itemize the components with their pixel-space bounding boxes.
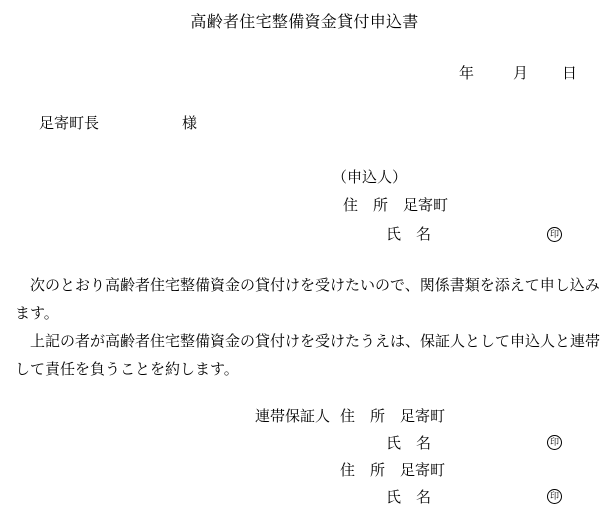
applicant-seal-icon: 印 <box>547 227 562 242</box>
paragraph-line: ます。 <box>15 305 59 323</box>
guarantor-name-line-2: 氏 名 <box>386 489 431 507</box>
guarantor-seal-icon-1: 印 <box>547 435 562 450</box>
date-year-label: 年 <box>459 65 474 83</box>
date-month-label: 月 <box>513 65 528 83</box>
paragraph-line: 上記の者が高齢者住宅整備資金の貸付けを受けたうえは、保証人として申込人と連帯 <box>15 333 600 351</box>
guarantor-name-line-1: 氏 名 <box>386 435 431 453</box>
seal-character: 印 <box>550 438 559 447</box>
applicant-address-line: 住 所 足寄町 <box>343 197 448 215</box>
seal-character: 印 <box>550 492 559 501</box>
paragraph-line: して責任を負うことを約します。 <box>15 361 239 379</box>
applicant-name-line: 氏 名 <box>386 226 431 244</box>
applicant-heading: （申込人） <box>332 169 407 187</box>
guarantor-address-line-2: 住 所 足寄町 <box>340 462 445 480</box>
guarantor-seal-icon-2: 印 <box>547 489 562 504</box>
date-day-label: 日 <box>562 65 577 83</box>
guarantor-address-line-1: 住 所 足寄町 <box>340 408 445 426</box>
paragraph-line: 次のとおり高齢者住宅整備資金の貸付けを受けたいので、関係書類を添えて申し込み <box>15 277 600 295</box>
seal-character: 印 <box>550 230 559 239</box>
guarantor-label: 連帯保証人 <box>255 408 330 426</box>
loan-application-form-document: 高齢者住宅整備資金貸付申込書 年 月 日 足寄町長 様 （申込人） 住 所 足寄… <box>0 0 609 518</box>
addressee-name: 足寄町長 <box>39 115 99 133</box>
document-title: 高齢者住宅整備資金貸付申込書 <box>0 13 609 33</box>
addressee-honorific: 様 <box>182 115 197 133</box>
